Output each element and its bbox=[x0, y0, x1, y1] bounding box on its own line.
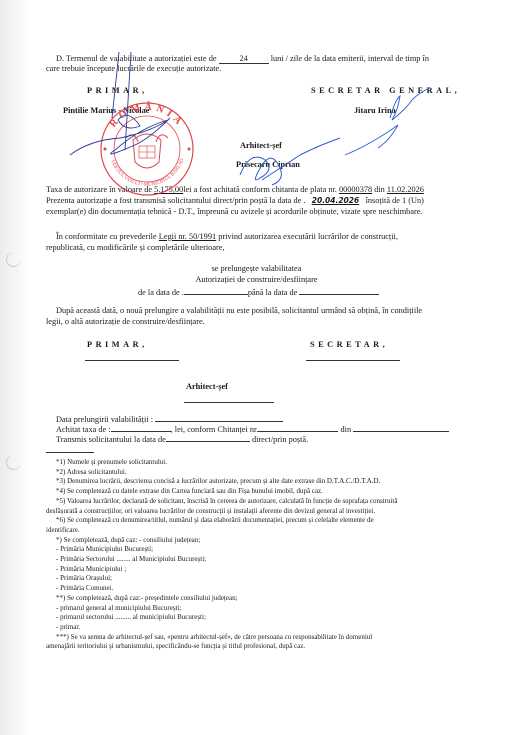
secretar-title-2: SECRETAR, bbox=[310, 340, 388, 349]
footnote-line: *4) Se completează cu datele extrase din… bbox=[56, 487, 323, 497]
footnote-line: - primarul sectorului ......... al munic… bbox=[56, 613, 206, 623]
footnote-line: desfășurată a construcțiilor, ori valoar… bbox=[46, 507, 375, 517]
footnote-separator bbox=[46, 452, 94, 453]
validity-line-2: care trebuie începute lucrările de execu… bbox=[46, 64, 221, 75]
documentation-line: exemplar(e) din documentația tehnică - D… bbox=[46, 207, 423, 218]
footnote-line: **) Se completează, după caz:- președint… bbox=[56, 594, 238, 604]
extension-tax-blank[interactable] bbox=[111, 423, 171, 432]
primar-signature-line bbox=[85, 360, 179, 361]
after-line-1: După această dată, o nouă prelungire a v… bbox=[56, 306, 422, 317]
footnote-line: - Primăria Municipiului ; bbox=[56, 565, 126, 575]
footnote-line: - Primăria Municipiului București; bbox=[56, 545, 153, 555]
footnote-line: *6) Se completează cu denumirea/titlul, … bbox=[56, 516, 374, 526]
document-page: D. Termenul de valabilitate a autorizați… bbox=[0, 0, 513, 735]
footnote-line: *3) Denumirea lucrării, descrierea conci… bbox=[56, 477, 380, 487]
footnote-line: amenajării teritoriului și urbanismului,… bbox=[46, 642, 305, 652]
primar-title: PRIMAR, bbox=[87, 86, 148, 95]
footnote-line: ***) Se va semna de arhitectul-șef sau, … bbox=[56, 633, 372, 643]
arhitect-title: Arhitect-șef bbox=[240, 141, 282, 152]
extension-dates-line: de la data de .până la data de bbox=[138, 286, 379, 299]
extension-transmit-line: Transmis solicitantului la data de direc… bbox=[56, 433, 308, 446]
footnote-line: identificare. bbox=[46, 526, 80, 536]
law-line-1: În conformitate cu prevederile Legii nr.… bbox=[56, 232, 398, 243]
arhitect-title-2: Arhitect-șef bbox=[186, 382, 228, 393]
arhitect-name: Prisecaru Ciprian bbox=[236, 160, 300, 171]
extension-from-date-blank[interactable] bbox=[184, 286, 248, 295]
secretar-name: Jitaru Irina bbox=[354, 106, 396, 117]
extension-to-date-blank[interactable] bbox=[299, 286, 379, 295]
secretar-general-title: SECRETAR GENERAL, bbox=[311, 86, 460, 95]
footnote-line: - Primăria Sectorului ........ al Munici… bbox=[56, 555, 206, 565]
receipt-date: 11.02.2026 bbox=[387, 185, 424, 194]
tax-line: Taxa de autorizare în valoare de 5.175,0… bbox=[46, 185, 424, 196]
transmit-date-handwritten: 20.04.2026 bbox=[308, 196, 364, 207]
transmit-line: Prezenta autorizație a fost transmisă so… bbox=[46, 196, 424, 207]
primar-name: Pintilie Marius - Nicolae bbox=[63, 106, 149, 117]
extension-heading-1: se prelungește valabilitatea bbox=[0, 264, 513, 275]
validity-months-value: 24 bbox=[219, 54, 269, 64]
footnote-line: - Primăria Comunei. bbox=[56, 584, 113, 594]
after-line-2: legii, o altă autorizație de construire/… bbox=[46, 317, 205, 328]
tax-value: 5.175,00 bbox=[154, 185, 183, 194]
extension-receipt-date-blank[interactable] bbox=[353, 423, 449, 432]
extension-receipt-blank[interactable] bbox=[258, 423, 338, 432]
footnote-line: *5) Valoarea lucrărilor, declarată de so… bbox=[56, 497, 397, 507]
validity-line-1: D. Termenul de valabilitate a autorizați… bbox=[56, 54, 429, 65]
extension-date-blank[interactable] bbox=[155, 413, 283, 422]
primar-title-2: PRIMAR, bbox=[87, 340, 148, 349]
law-line-2: republicată, cu modificările și completă… bbox=[46, 243, 225, 254]
footnote-line: - Primăria Orașului; bbox=[56, 574, 112, 584]
extension-heading-2: Autorizației de construire/desființare bbox=[0, 275, 513, 286]
arhitect-signature-line bbox=[184, 402, 274, 403]
footnote-line: - primar. bbox=[56, 623, 80, 633]
extension-transmit-blank[interactable] bbox=[166, 433, 250, 442]
law-reference: Legii nr. 50/1991 bbox=[159, 232, 216, 241]
footnote-line: *1) Numele și prenumele solicitantului. bbox=[56, 458, 167, 468]
footnote-line: *) Se completează, după caz: - consiliul… bbox=[56, 536, 200, 546]
footnote-line: - primarul general al municipiului Bucur… bbox=[56, 604, 181, 614]
secretar-signature-line bbox=[306, 360, 400, 361]
footnote-line: *2) Adresa solicitantului. bbox=[56, 468, 127, 478]
receipt-number: 00000378 bbox=[339, 185, 372, 194]
